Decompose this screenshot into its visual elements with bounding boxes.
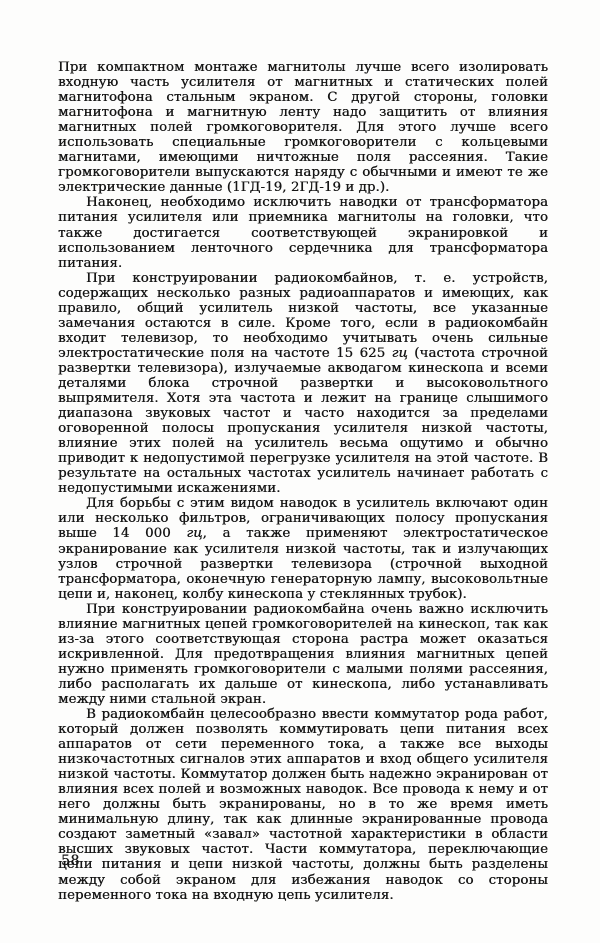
unit-text-run: гц	[186, 526, 202, 541]
paragraph: При конструировании радиокомбайна очень …	[58, 602, 548, 707]
text-run: При компактном монтаже магнитолы лучше в…	[58, 60, 548, 195]
paragraph: Для борьбы с этим видом наводок в усилит…	[58, 496, 548, 601]
unit-text-run: гц	[392, 346, 408, 361]
body-text: При компактном монтаже магнитолы лучше в…	[58, 60, 548, 903]
paragraph: Наконец, необходимо исключить наводки от…	[58, 195, 548, 270]
text-run: Наконец, необходимо исключить наводки от…	[58, 195, 548, 270]
text-run: (частота строчной развертки телевизора),…	[58, 346, 548, 496]
page-number: 58	[61, 853, 80, 869]
text-run: В радиокомбайн целесообразно ввести комм…	[58, 707, 548, 903]
text-run: При конструировании радиокомбайна очень …	[58, 602, 548, 707]
paragraph: В радиокомбайн целесообразно ввести комм…	[58, 707, 548, 903]
paragraph: При конструировании радиокомбайнов, т. е…	[58, 271, 548, 497]
paragraph: При компактном монтаже магнитолы лучше в…	[58, 60, 548, 195]
book-page: При компактном монтаже магнитолы лучше в…	[0, 0, 600, 943]
